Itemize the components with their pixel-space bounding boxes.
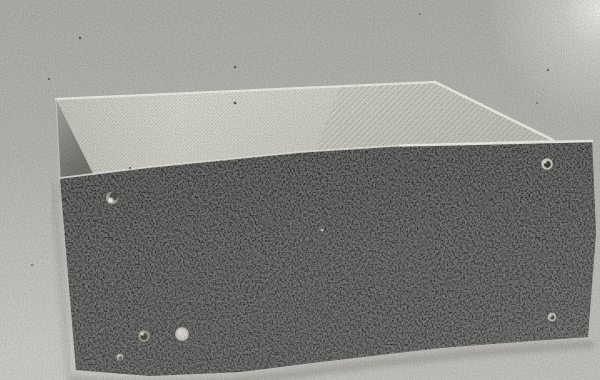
cabinet-photo: [0, 0, 600, 380]
film-grain-overlay: [0, 0, 600, 380]
film-grain-light: [0, 0, 600, 380]
photo-frame: [0, 0, 600, 380]
